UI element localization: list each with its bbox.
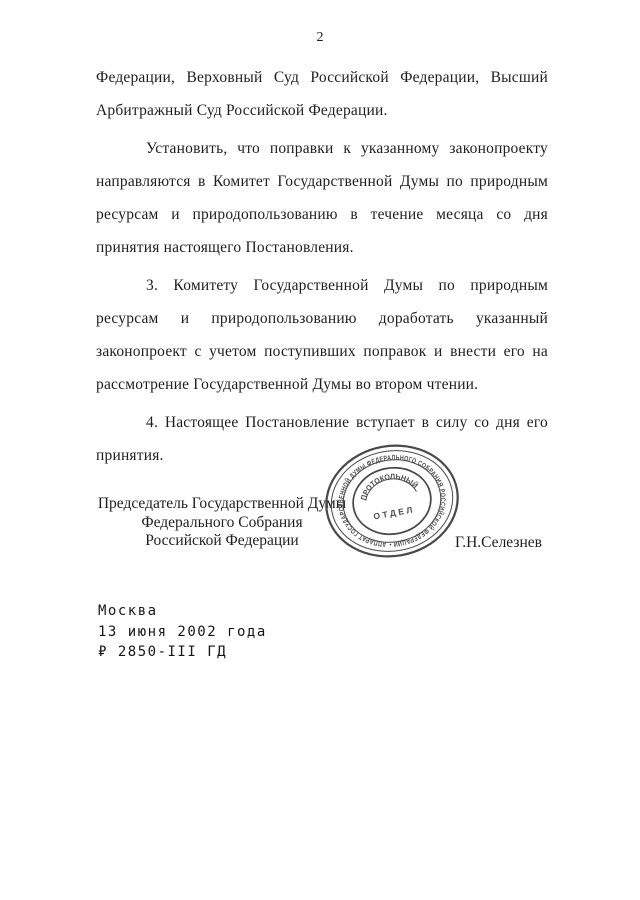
document-number: ₽ 2850-III ГД bbox=[98, 642, 267, 663]
document-body: Федерации, Верховный Суд Российской Феде… bbox=[96, 61, 548, 477]
body-line: ресурсам и природопользованию в течение … bbox=[96, 198, 548, 231]
body-line: рассмотрение Государственной Думы во вто… bbox=[96, 368, 548, 401]
document-page: { "page_number": "2", "body": { "paragra… bbox=[0, 0, 640, 900]
body-line: ресурсам и природопользованию доработать… bbox=[96, 302, 548, 335]
page-number: 2 bbox=[0, 30, 640, 46]
body-line: Установить, что поправки к указанному за… bbox=[96, 132, 548, 165]
signature-title-line: Федерального Собрания bbox=[96, 514, 348, 533]
body-line: законопроект с учетом поступивших поправ… bbox=[96, 335, 548, 368]
body-line: Арбитражный Суд Российской Федерации. bbox=[96, 94, 548, 127]
body-line: Федерации, Верховный Суд Российской Феде… bbox=[96, 61, 548, 94]
stamp-center-text: ОТДЕЛ bbox=[373, 504, 416, 521]
signature-title-block: Председатель Государственной ДумыФедерал… bbox=[96, 495, 348, 551]
protocol-department-stamp: АППАРАТ ГОСУДАРСТВЕННОЙ ДУМЫ ФЕДЕРАЛЬНОГ… bbox=[322, 440, 462, 560]
body-line: принятия настоящего Постановления. bbox=[96, 231, 548, 264]
body-line: 4. Настоящее Постановление вступает в си… bbox=[96, 406, 548, 439]
signature-title-line: Председатель Государственной Думы bbox=[96, 495, 348, 514]
issuance-date: 13 июня 2002 года bbox=[98, 622, 267, 643]
body-paragraph: 3. Комитету Государственной Думы по прир… bbox=[96, 269, 548, 401]
body-line: 3. Комитету Государственной Думы по прир… bbox=[96, 269, 548, 302]
signature-title-line: Российской Федерации bbox=[96, 532, 348, 551]
body-paragraph: Федерации, Верховный Суд Российской Феде… bbox=[96, 61, 548, 127]
body-paragraph: Установить, что поправки к указанному за… bbox=[96, 132, 548, 264]
issuance-block: Москва 13 июня 2002 года ₽ 2850-III ГД bbox=[98, 601, 267, 663]
issuance-city: Москва bbox=[98, 601, 267, 622]
body-line: направляются в Комитет Государственной Д… bbox=[96, 165, 548, 198]
signatory-name: Г.Н.Селезнев bbox=[455, 534, 542, 552]
